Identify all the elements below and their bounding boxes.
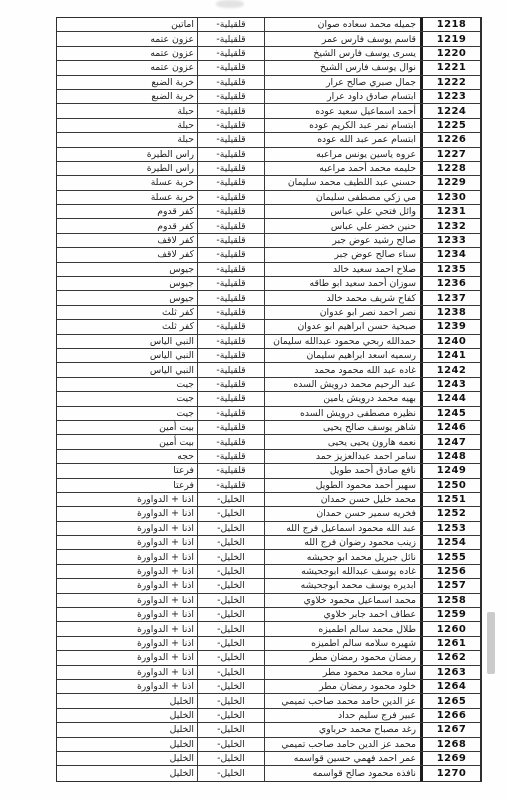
district-cell: الخليل-: [197, 579, 264, 592]
village-cell: اذنا + الدواورة: [57, 608, 197, 621]
village-cell: اذنا + الدواورة: [57, 550, 197, 563]
district-cell: الخليل-: [197, 666, 264, 679]
village-cell: حبلة: [57, 119, 197, 132]
village-cell: اذنا + الدواورة: [57, 579, 197, 592]
district-cell: قلقيلية-: [197, 191, 264, 204]
village-cell: النبي الياس: [57, 349, 197, 362]
person-name-cell: رمضان محمود رمضان مطر: [264, 651, 420, 664]
village-cell: اذنا + الدواورة: [57, 507, 197, 520]
row-number-cell: 1244: [420, 392, 480, 405]
row-number-cell: 1220: [420, 47, 480, 60]
district-cell: الخليل-: [197, 565, 264, 578]
row-number-cell: 1242: [420, 363, 480, 376]
village-cell: كفر ثلث: [57, 306, 197, 319]
village-cell: اذنا + الدواورة: [57, 680, 197, 693]
district-cell: الخليل-: [197, 522, 264, 535]
table-row: 1255 نائل جبريل محمد ابو جحيشه الخليل- ا…: [57, 550, 480, 564]
person-name-cell: صالح رشيد عوض جبر: [264, 234, 420, 247]
table-row: 1242 غاده عبد الله محمود محمد قلقيلية- ا…: [57, 363, 480, 377]
village-cell: الخليل: [57, 766, 197, 780]
table-row: 1264 خلود محمود رمضان مطر الخليل- اذنا +…: [57, 680, 480, 694]
person-name-cell: سهير أحمد محمود الطويل: [264, 479, 420, 492]
district-cell: قلقيلية-: [197, 392, 264, 405]
district-cell: الخليل-: [197, 622, 264, 635]
district-cell: قلقيلية-: [197, 162, 264, 175]
row-number-cell: 1222: [420, 76, 480, 89]
district-cell: قلقيلية-: [197, 421, 264, 434]
table-row: 1259 عطاف احمد جابر خلاوي الخليل- اذنا +…: [57, 608, 480, 622]
scanned-document-page: 1218 جميله محمد سعاده صوان قلقيلية- امات…: [0, 0, 507, 800]
district-cell: الخليل-: [197, 723, 264, 736]
village-cell: اذنا + الدواورة: [57, 565, 197, 578]
person-name-cell: ابتسام صادق داود عرار: [264, 90, 420, 103]
row-number-cell: 1270: [420, 766, 480, 780]
person-name-cell: عز الدين حامد محمد صاحب تميمي: [264, 694, 420, 707]
table-row: 1254 زينب محمود رضوان فرج الله الخليل- ا…: [57, 536, 480, 550]
district-cell: الخليل-: [197, 608, 264, 621]
district-cell: قلقيلية-: [197, 349, 264, 362]
person-name-cell: مي زكي مصطفى سليمان: [264, 191, 420, 204]
person-name-cell: ساره محمد محمود مطر: [264, 666, 420, 679]
table-row: 1265 عز الدين حامد محمد صاحب تميمي الخلي…: [57, 694, 480, 708]
person-name-cell: ابتسام نمر عبد الكريم عوده: [264, 119, 420, 132]
person-name-cell: سوزان أحمد سعيد ابو طاقه: [264, 277, 420, 290]
person-name-cell: نائل جبريل محمد ابو جحيشه: [264, 550, 420, 563]
village-cell: حبلة: [57, 104, 197, 117]
table-row: 1220 يسرى يوسف فارس الشيخ قلقيلية- عزون …: [57, 47, 480, 61]
village-cell: جيت: [57, 407, 197, 420]
person-name-cell: طلال محمد سالم اطميزه: [264, 622, 420, 635]
row-number-cell: 1262: [420, 651, 480, 664]
village-cell: اماتين: [57, 18, 197, 31]
table-row: 1236 سوزان أحمد سعيد ابو طاقه قلقيلية- ج…: [57, 277, 480, 291]
row-number-cell: 1240: [420, 335, 480, 348]
district-cell: قلقيلية-: [197, 335, 264, 348]
table-row: 1231 وائل فتحي علي عباس قلقيلية- كفر قدو…: [57, 205, 480, 219]
table-row: 1248 سامر احمد عبدالعزيز حمد قلقيلية- حج…: [57, 450, 480, 464]
table-row: 1266 عبير فرج سليم حداد الخليل- الخليل: [57, 709, 480, 723]
table-row: 1232 حنين خضر علي عباس قلقيلية- كفر قدوم: [57, 219, 480, 233]
row-number-cell: 1225: [420, 119, 480, 132]
village-cell: جيوس: [57, 277, 197, 290]
row-number-cell: 1232: [420, 219, 480, 232]
scrollbar-thumb[interactable]: [487, 612, 495, 674]
person-name-cell: حنين خضر علي عباس: [264, 219, 420, 232]
table-row: 1257 ابديره يوسف محمد ابوجحيشه الخليل- ا…: [57, 579, 480, 593]
village-cell: اذنا + الدواورة: [57, 594, 197, 607]
village-cell: بيت أمين: [57, 421, 197, 434]
table-row: 1234 سناء صالح عوض جبر قلقيلية- كفر لاقف: [57, 248, 480, 262]
village-cell: عزون عتمه: [57, 32, 197, 45]
person-name-cell: نعمه هارون يحيى يحيى: [264, 435, 420, 448]
table-row: 1223 ابتسام صادق داود عرار قلقيلية- خربة…: [57, 90, 480, 104]
person-name-cell: صبحية حسن ابراهيم ابو عدوان: [264, 320, 420, 333]
village-cell: الخليل: [57, 723, 197, 736]
person-name-cell: ابديره يوسف محمد ابوجحيشه: [264, 579, 420, 592]
person-name-cell: جميله محمد سعاده صوان: [264, 18, 420, 31]
person-name-cell: حمدالله ربحي محمود عبدالله سليمان: [264, 335, 420, 348]
district-cell: قلقيلية-: [197, 320, 264, 333]
village-cell: كفر قدوم: [57, 205, 197, 218]
row-number-cell: 1238: [420, 306, 480, 319]
row-number-cell: 1254: [420, 536, 480, 549]
district-cell: الخليل-: [197, 550, 264, 563]
district-cell: قلقيلية-: [197, 248, 264, 261]
roster-table: 1218 جميله محمد سعاده صوان قلقيلية- امات…: [56, 17, 482, 782]
district-cell: الخليل-: [197, 594, 264, 607]
district-cell: قلقيلية-: [197, 119, 264, 132]
row-number-cell: 1231: [420, 205, 480, 218]
village-cell: خربة عسلة: [57, 191, 197, 204]
table-row: 1218 جميله محمد سعاده صوان قلقيلية- امات…: [57, 18, 480, 32]
row-number-cell: 1224: [420, 104, 480, 117]
village-cell: فرعتا: [57, 464, 197, 477]
table-row: 1225 ابتسام نمر عبد الكريم عوده قلقيلية-…: [57, 119, 480, 133]
person-name-cell: محمد اسماعيل محمود خلاوي: [264, 594, 420, 607]
person-name-cell: بهيه محمد درويش يامين: [264, 392, 420, 405]
row-number-cell: 1259: [420, 608, 480, 621]
row-number-cell: 1243: [420, 378, 480, 391]
row-number-cell: 1218: [420, 18, 480, 31]
person-name-cell: زينب محمود رضوان فرج الله: [264, 536, 420, 549]
village-cell: الخليل: [57, 694, 197, 707]
village-cell: اذنا + الدواورة: [57, 622, 197, 635]
row-number-cell: 1246: [420, 421, 480, 434]
table-row: 1224 أحمد اسماعيل سعيد عوده قلقيلية- حبل…: [57, 104, 480, 118]
row-number-cell: 1248: [420, 450, 480, 463]
person-name-cell: نظيره مصطفى درويش السده: [264, 407, 420, 420]
village-cell: فرعتا: [57, 479, 197, 492]
table-row: 1226 ابتسام عمر عبد الله عوده قلقيلية- ح…: [57, 133, 480, 147]
table-row: 1229 حسني عبد اللطيف محمد سليمان قلقيلية…: [57, 176, 480, 190]
district-cell: قلقيلية-: [197, 306, 264, 319]
row-number-cell: 1261: [420, 637, 480, 650]
person-name-cell: سناء صالح عوض جبر: [264, 248, 420, 261]
district-cell: الخليل-: [197, 680, 264, 693]
person-name-cell: فخريه سمير حسن حمدان: [264, 507, 420, 520]
village-cell: النبي الياس: [57, 335, 197, 348]
district-cell: قلقيلية-: [197, 450, 264, 463]
person-name-cell: نوال يوسف فارس الشيخ: [264, 61, 420, 74]
person-name-cell: جمال صبري صالح عرار: [264, 76, 420, 89]
row-number-cell: 1264: [420, 680, 480, 693]
row-number-cell: 1233: [420, 234, 480, 247]
row-number-cell: 1266: [420, 709, 480, 722]
row-number-cell: 1245: [420, 407, 480, 420]
village-cell: جيوس: [57, 291, 197, 304]
person-name-cell: نافذه محمود صالح قواسمه: [264, 766, 420, 780]
person-name-cell: نصر احمد نصر ابو عدوان: [264, 306, 420, 319]
row-number-cell: 1226: [420, 133, 480, 146]
district-cell: الخليل-: [197, 694, 264, 707]
village-cell: كفر لاقف: [57, 248, 197, 261]
table-row: 1241 رسميه اسعد ابراهيم سليمان قلقيلية- …: [57, 349, 480, 363]
row-number-cell: 1221: [420, 61, 480, 74]
table-row: 1240 حمدالله ربحي محمود عبدالله سليمان ق…: [57, 335, 480, 349]
table-row: 1222 جمال صبري صالح عرار قلقيلية- خربة ا…: [57, 76, 480, 90]
row-number-cell: 1263: [420, 666, 480, 679]
person-name-cell: صلاح احمد سعيد خالد: [264, 263, 420, 276]
district-cell: قلقيلية-: [197, 464, 264, 477]
row-number-cell: 1219: [420, 32, 480, 45]
village-cell: خربة الضبع: [57, 76, 197, 89]
person-name-cell: وائل فتحي علي عباس: [264, 205, 420, 218]
table-row: 1258 محمد اسماعيل محمود خلاوي الخليل- اذ…: [57, 594, 480, 608]
village-cell: جيوس: [57, 263, 197, 276]
row-number-cell: 1258: [420, 594, 480, 607]
district-cell: قلقيلية-: [197, 378, 264, 391]
district-cell: الخليل-: [197, 536, 264, 549]
person-name-cell: عطاف احمد جابر خلاوي: [264, 608, 420, 621]
table-row: 1251 محمد خليل حسن حمدان الخليل- اذنا + …: [57, 493, 480, 507]
village-cell: حجه: [57, 450, 197, 463]
table-row: 1253 عبد الله محمود اسماعيل فرج الله الخ…: [57, 522, 480, 536]
table-row: 1247 نعمه هارون يحيى يحيى قلقيلية- بيت أ…: [57, 435, 480, 449]
person-name-cell: حسني عبد اللطيف محمد سليمان: [264, 176, 420, 189]
village-cell: كفر ثلث: [57, 320, 197, 333]
table-row: 1233 صالح رشيد عوض جبر قلقيلية- كفر لاقف: [57, 234, 480, 248]
village-cell: اذنا + الدواورة: [57, 666, 197, 679]
person-name-cell: كفاح شريف محمد خالد: [264, 291, 420, 304]
district-cell: قلقيلية-: [197, 148, 264, 161]
row-number-cell: 1253: [420, 522, 480, 535]
row-number-cell: 1247: [420, 435, 480, 448]
village-cell: الخليل: [57, 709, 197, 722]
table-row: 1235 صلاح احمد سعيد خالد قلقيلية- جيوس: [57, 263, 480, 277]
table-row: 1260 طلال محمد سالم اطميزه الخليل- اذنا …: [57, 622, 480, 636]
district-cell: الخليل-: [197, 752, 264, 765]
row-number-cell: 1255: [420, 550, 480, 563]
table-row: 1249 نافع صادق أحمد طويل قلقيلية- فرعتا: [57, 464, 480, 478]
row-number-cell: 1227: [420, 148, 480, 161]
table-row: 1263 ساره محمد محمود مطر الخليل- اذنا + …: [57, 666, 480, 680]
person-name-cell: يسرى يوسف فارس الشيخ: [264, 47, 420, 60]
district-cell: قلقيلية-: [197, 76, 264, 89]
village-cell: بيت أمين: [57, 435, 197, 448]
district-cell: قلقيلية-: [197, 176, 264, 189]
person-name-cell: رغد مصباح محمد حرباوي: [264, 723, 420, 736]
district-cell: الخليل-: [197, 766, 264, 780]
village-cell: اذنا + الدواورة: [57, 493, 197, 506]
district-cell: قلقيلية-: [197, 263, 264, 276]
person-name-cell: حليمه محمد أحمد مراعبه: [264, 162, 420, 175]
district-cell: قلقيلية-: [197, 61, 264, 74]
village-cell: خربة الضبع: [57, 90, 197, 103]
village-cell: اذنا + الدواورة: [57, 637, 197, 650]
district-cell: قلقيلية-: [197, 205, 264, 218]
table-row: 1262 رمضان محمود رمضان مطر الخليل- اذنا …: [57, 651, 480, 665]
row-number-cell: 1257: [420, 579, 480, 592]
row-number-cell: 1223: [420, 90, 480, 103]
district-cell: قلقيلية-: [197, 90, 264, 103]
table-row: 1221 نوال يوسف فارس الشيخ قلقيلية- عزون …: [57, 61, 480, 75]
person-name-cell: أحمد اسماعيل سعيد عوده: [264, 104, 420, 117]
village-cell: راس الطيرة: [57, 148, 197, 161]
table-row: 1267 رغد مصباح محمد حرباوي الخليل- الخلي…: [57, 723, 480, 737]
district-cell: قلقيلية-: [197, 277, 264, 290]
village-cell: عزون عتمه: [57, 61, 197, 74]
table-row: 1269 عمر احمد فهمي حسين قواسمه الخليل- ا…: [57, 752, 480, 766]
district-cell: الخليل-: [197, 493, 264, 506]
row-number-cell: 1267: [420, 723, 480, 736]
table-row: 1245 نظيره مصطفى درويش السده قلقيلية- جي…: [57, 407, 480, 421]
table-row: 1243 عبد الرحيم محمد درويش السده قلقيلية…: [57, 378, 480, 392]
row-number-cell: 1234: [420, 248, 480, 261]
district-cell: قلقيلية-: [197, 479, 264, 492]
row-number-cell: 1265: [420, 694, 480, 707]
village-cell: جيت: [57, 378, 197, 391]
person-name-cell: محمد عز الدين حامد صاحب تميمي: [264, 738, 420, 751]
village-cell: اذنا + الدواورة: [57, 522, 197, 535]
table-row: 1252 فخريه سمير حسن حمدان الخليل- اذنا +…: [57, 507, 480, 521]
district-cell: الخليل-: [197, 651, 264, 664]
district-cell: قلقيلية-: [197, 435, 264, 448]
person-name-cell: محمد خليل حسن حمدان: [264, 493, 420, 506]
district-cell: قلقيلية-: [197, 363, 264, 376]
district-cell: قلقيلية-: [197, 47, 264, 60]
table-row: 1227 عروه ياسين يونس مراعبه قلقيلية- راس…: [57, 148, 480, 162]
person-name-cell: عبير فرج سليم حداد: [264, 709, 420, 722]
person-name-cell: رسميه اسعد ابراهيم سليمان: [264, 349, 420, 362]
table-row: 1230 مي زكي مصطفى سليمان قلقيلية- خربة ع…: [57, 191, 480, 205]
village-cell: الخليل: [57, 752, 197, 765]
district-cell: قلقيلية-: [197, 234, 264, 247]
district-cell: قلقيلية-: [197, 291, 264, 304]
village-cell: اذنا + الدواورة: [57, 651, 197, 664]
district-cell: الخليل-: [197, 507, 264, 520]
district-cell: قلقيلية-: [197, 104, 264, 117]
table-row: 1244 بهيه محمد درويش يامين قلقيلية- جيت: [57, 392, 480, 406]
village-cell: حبلة: [57, 133, 197, 146]
village-cell: خربة عسلة: [57, 176, 197, 189]
person-name-cell: شهيره سلامه سالم اطميزه: [264, 637, 420, 650]
village-cell: الخليل: [57, 738, 197, 751]
table-row: 1228 حليمه محمد أحمد مراعبه قلقيلية- راس…: [57, 162, 480, 176]
person-name-cell: عبد الله محمود اسماعيل فرج الله: [264, 522, 420, 535]
row-number-cell: 1230: [420, 191, 480, 204]
village-cell: النبي الياس: [57, 363, 197, 376]
row-number-cell: 1229: [420, 176, 480, 189]
table-row: 1238 نصر احمد نصر ابو عدوان قلقيلية- كفر…: [57, 306, 480, 320]
village-cell: كفر قدوم: [57, 219, 197, 232]
table-row: 1219 قاسم يوسف فارس عمر قلقيلية- عزون عت…: [57, 32, 480, 46]
table-row: 1268 محمد عز الدين حامد صاحب تميمي الخلي…: [57, 738, 480, 752]
table-row: 1261 شهيره سلامه سالم اطميزه الخليل- اذن…: [57, 637, 480, 651]
row-number-cell: 1251: [420, 493, 480, 506]
district-cell: الخليل-: [197, 709, 264, 722]
table-row: 1270 نافذه محمود صالح قواسمه الخليل- الخ…: [57, 766, 480, 780]
row-number-cell: 1228: [420, 162, 480, 175]
row-number-cell: 1252: [420, 507, 480, 520]
village-cell: كفر لاقف: [57, 234, 197, 247]
person-name-cell: قاسم يوسف فارس عمر: [264, 32, 420, 45]
row-number-cell: 1249: [420, 464, 480, 477]
table-row: 1250 سهير أحمد محمود الطويل قلقيلية- فرع…: [57, 479, 480, 493]
person-name-cell: عروه ياسين يونس مراعبه: [264, 148, 420, 161]
table-row: 1237 كفاح شريف محمد خالد قلقيلية- جيوس: [57, 291, 480, 305]
person-name-cell: عمر احمد فهمي حسين قواسمه: [264, 752, 420, 765]
row-number-cell: 1256: [420, 565, 480, 578]
table-row: 1246 شاهر يوسف صالح يحيى قلقيلية- بيت أم…: [57, 421, 480, 435]
village-cell: اذنا + الدواورة: [57, 536, 197, 549]
row-number-cell: 1237: [420, 291, 480, 304]
district-cell: قلقيلية-: [197, 407, 264, 420]
person-name-cell: عبد الرحيم محمد درويش السده: [264, 378, 420, 391]
row-number-cell: 1260: [420, 622, 480, 635]
person-name-cell: خلود محمود رمضان مطر: [264, 680, 420, 693]
table-row: 1239 صبحية حسن ابراهيم ابو عدوان قلقيلية…: [57, 320, 480, 334]
district-cell: قلقيلية-: [197, 32, 264, 45]
row-number-cell: 1235: [420, 263, 480, 276]
person-name-cell: غاده يوسف عبدالله ابوجحيشه: [264, 565, 420, 578]
person-name-cell: غاده عبد الله محمود محمد: [264, 363, 420, 376]
district-cell: قلقيلية-: [197, 18, 264, 31]
village-cell: جيت: [57, 392, 197, 405]
person-name-cell: سامر احمد عبدالعزيز حمد: [264, 450, 420, 463]
row-number-cell: 1241: [420, 349, 480, 362]
village-cell: راس الطيرة: [57, 162, 197, 175]
district-cell: الخليل-: [197, 738, 264, 751]
table-row: 1256 غاده يوسف عبدالله ابوجحيشه الخليل- …: [57, 565, 480, 579]
district-cell: قلقيلية-: [197, 219, 264, 232]
district-cell: قلقيلية-: [197, 133, 264, 146]
row-number-cell: 1239: [420, 320, 480, 333]
person-name-cell: شاهر يوسف صالح يحيى: [264, 421, 420, 434]
row-number-cell: 1268: [420, 738, 480, 751]
person-name-cell: نافع صادق أحمد طويل: [264, 464, 420, 477]
village-cell: عزون عتمه: [57, 47, 197, 60]
row-number-cell: 1269: [420, 752, 480, 765]
row-number-cell: 1250: [420, 479, 480, 492]
row-number-cell: 1236: [420, 277, 480, 290]
district-cell: الخليل-: [197, 637, 264, 650]
person-name-cell: ابتسام عمر عبد الله عوده: [264, 133, 420, 146]
scan-artifact: [216, 0, 244, 8]
